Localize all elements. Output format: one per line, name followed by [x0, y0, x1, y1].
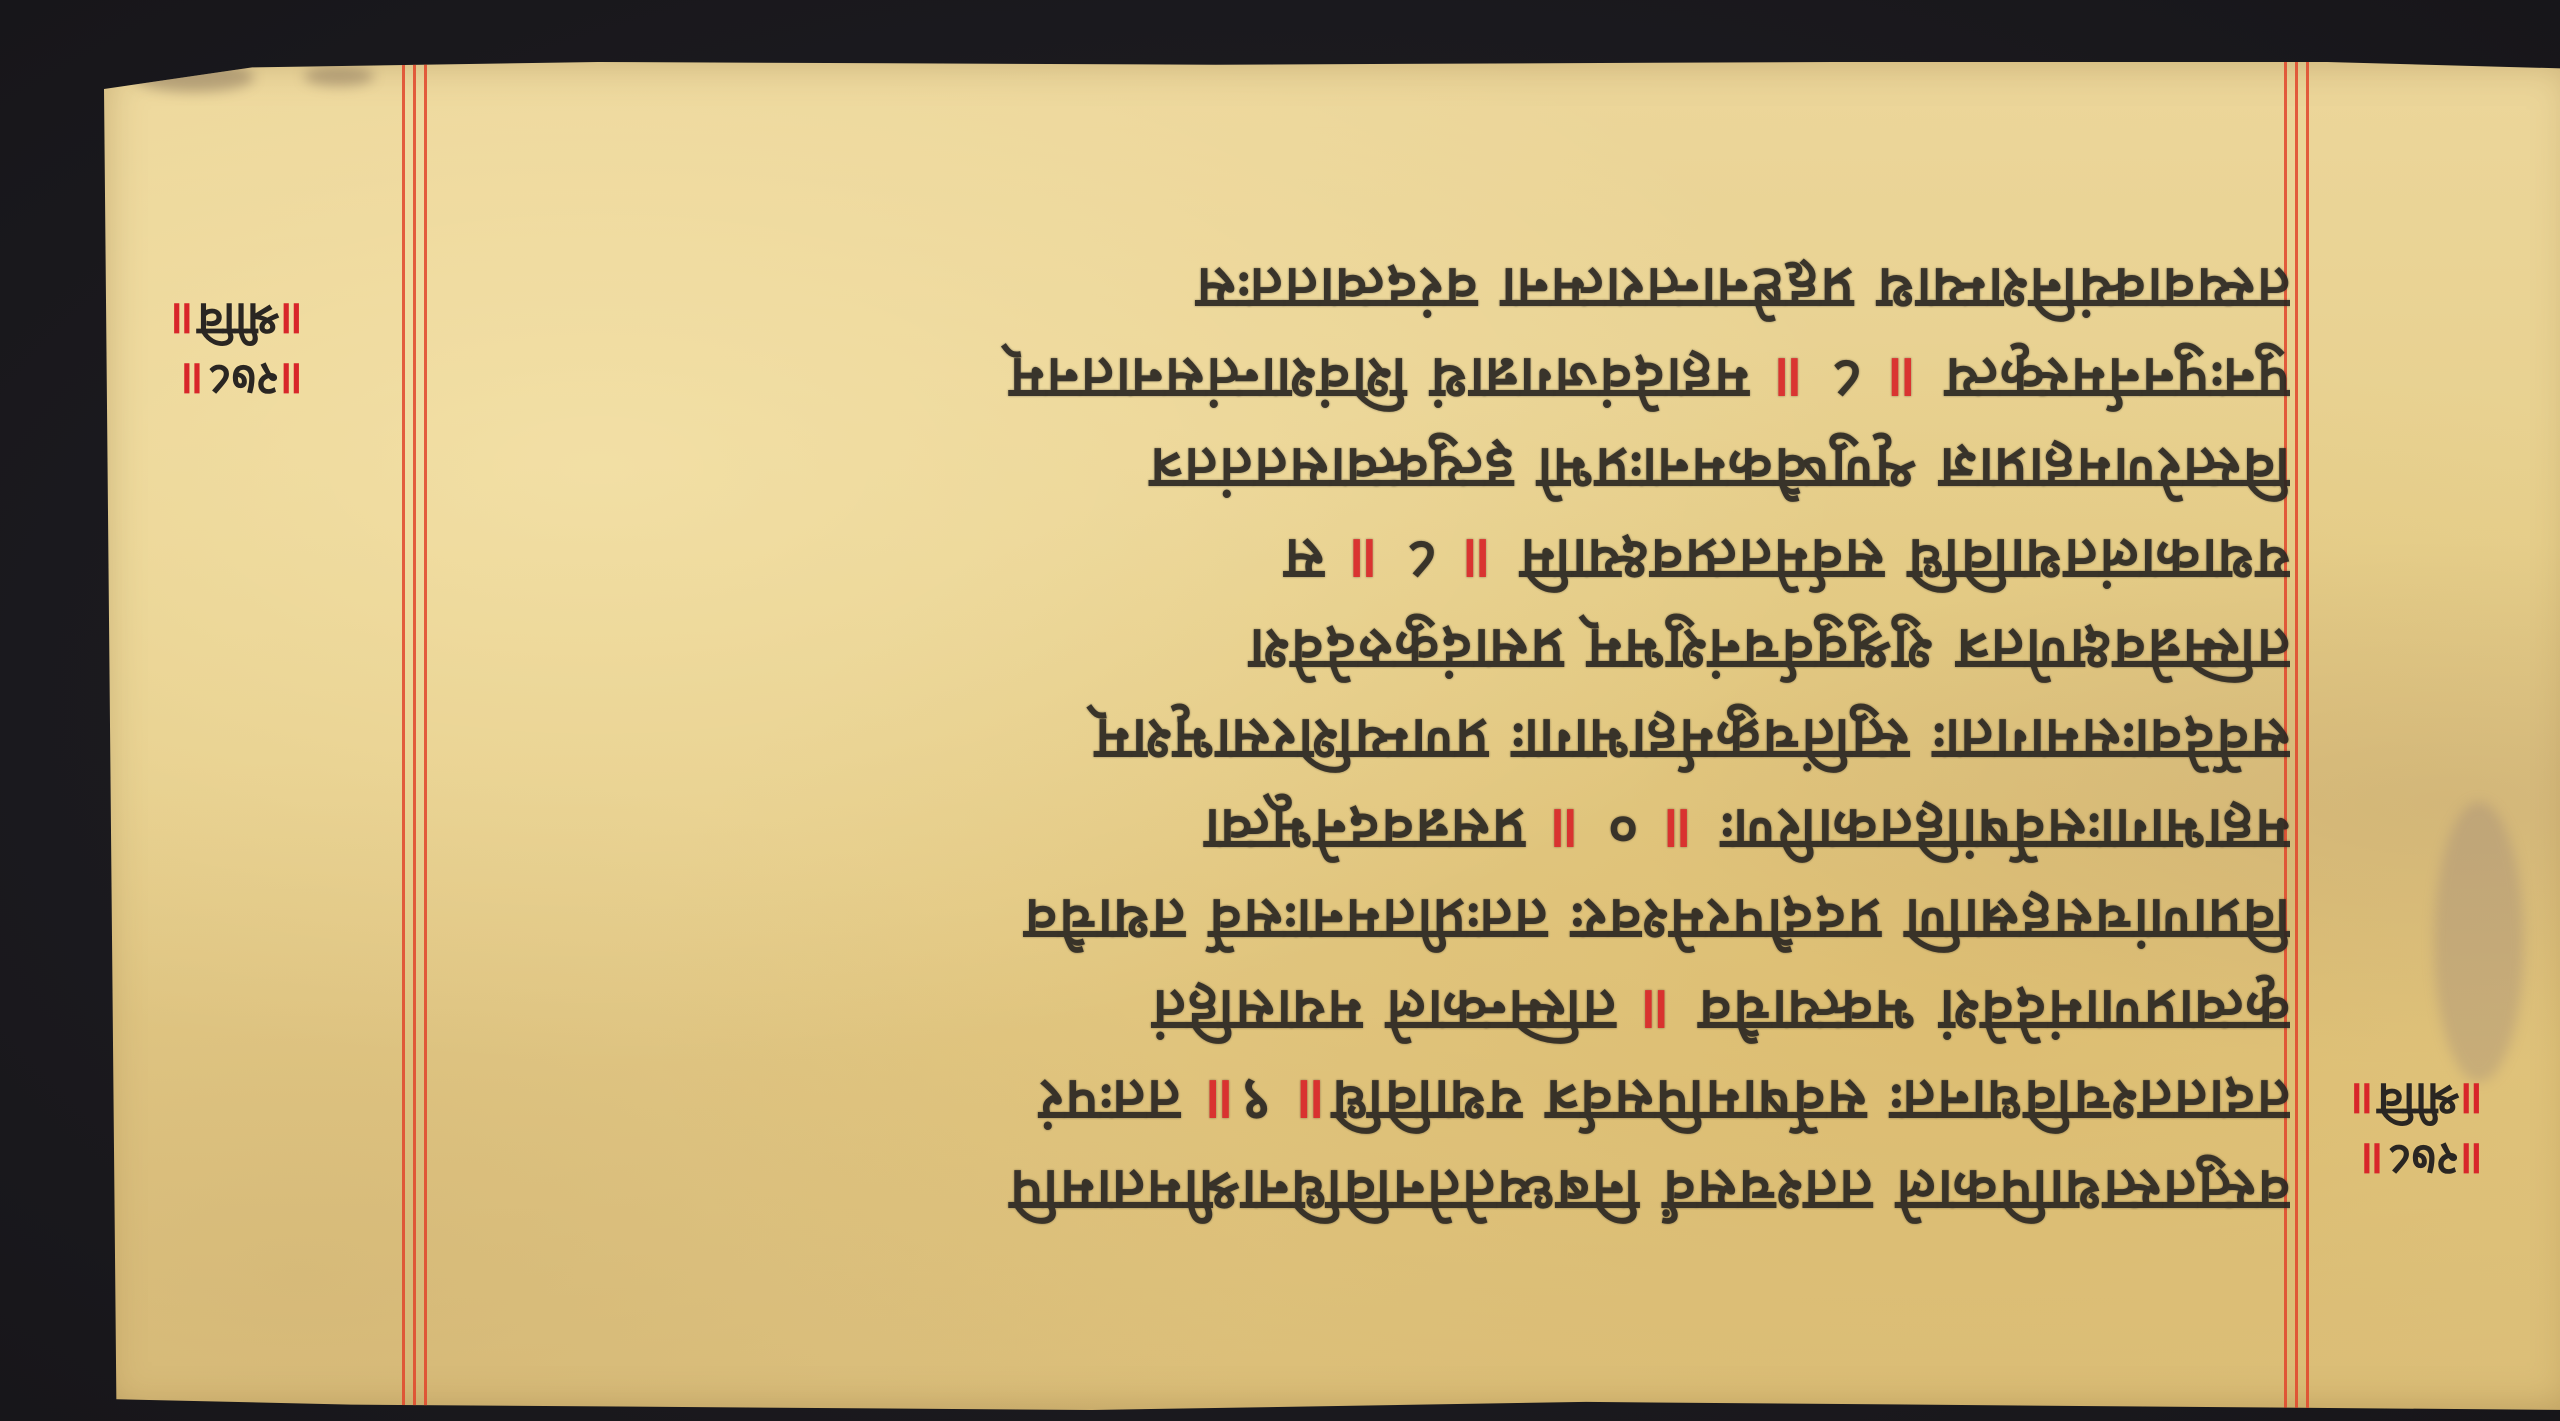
margin-line-2: ॥श्रीवि॥ [170, 290, 307, 350]
text-line: सर्वेदेवाःसमागताः स्तुतिंचक्रुर्महाभागाः… [430, 701, 2290, 779]
left-margin-folio-number: ॥२७८॥ ॥श्रीवि॥ [170, 290, 307, 410]
danda-marker: ॥ [1293, 1067, 1330, 1135]
text-line: तस्यवाक्यंनिशम्याथ प्रहृष्टेनान्तरात्मना… [430, 250, 2290, 328]
margin-line-2: ॥श्रीवि॥ [2350, 1070, 2487, 1130]
margin-line-1: ॥२७८॥ [170, 350, 307, 410]
danda-marker: ॥ [170, 293, 198, 347]
danda-marker: ॥ [1660, 796, 1697, 864]
danda-marker: ॥ [1547, 796, 1584, 864]
manuscript-text-block: वस्तुतस्तथापिकाले ततश्चसर्वं निबध्यतेतेन… [430, 250, 2290, 1230]
danda-marker: ॥ [1460, 526, 1497, 594]
text-line: कृत्वाप्रणामंदेवेशं भक्त्याचैव ॥ तस्मिन्… [430, 972, 2290, 1050]
ruling-line [402, 62, 405, 1410]
danda-marker: ॥ [280, 293, 308, 347]
danda-marker: ॥ [1638, 977, 1675, 1045]
water-stain [2434, 802, 2524, 1082]
danda-marker: ॥ [280, 353, 308, 407]
text-line: तदाततश्चविधानतः सर्वेषामपिसर्वत्र यथाविध… [430, 1062, 2290, 1140]
text-line: विप्राणांचसहस्राणि प्रददौपरमेश्वरः ततःप्… [430, 881, 2290, 959]
danda-marker: ॥ [1885, 345, 1922, 413]
ruling-line [2295, 62, 2298, 1410]
danda-marker: ॥ [2460, 1133, 2488, 1187]
danda-marker: ॥ [2350, 1073, 2378, 1127]
danda-marker: ॥ [2460, 1073, 2488, 1127]
left-ruled-border [402, 62, 427, 1410]
margin-line-1: ॥२७८॥ [2350, 1130, 2487, 1190]
danda-marker: ॥ [1346, 526, 1383, 594]
ink-stain [304, 66, 374, 86]
text-line: पुनःपुनर्नमस्कृत्य ॥ ८ ॥ महादेवंजगन्नाथं… [430, 340, 2290, 418]
text-line: विस्तरेणमहाप्राज्ञ शृणुष्वैकमनाःप्रभो इत… [430, 431, 2290, 509]
danda-marker: ॥ [1202, 1067, 1239, 1135]
ruling-line [413, 62, 416, 1410]
ruling-line [424, 62, 427, 1410]
danda-marker: ॥ [1771, 345, 1808, 413]
ruling-line [2306, 62, 2309, 1410]
right-margin-folio-number: ॥२७८॥ ॥श्रीवि॥ [2350, 1070, 2487, 1190]
danda-marker: ॥ [180, 353, 208, 407]
danda-marker: ॥ [2360, 1133, 2388, 1187]
text-line: वस्तुतस्तथापिकाले ततश्चसर्वं निबध्यतेतेन… [430, 1152, 2290, 1230]
text-line: यथाकालंतथाविधि सर्वमेतत्प्रवक्ष्यामि ॥ ८… [430, 521, 2290, 599]
text-line: तस्मिन्नेवक्षणेतत्र शुश्रुवुर्वचनंशुभम् … [430, 611, 2290, 689]
text-line: महाभागाःसर्वेषांहितकारिणः ॥ ० ॥ प्रसन्नव… [430, 791, 2290, 869]
